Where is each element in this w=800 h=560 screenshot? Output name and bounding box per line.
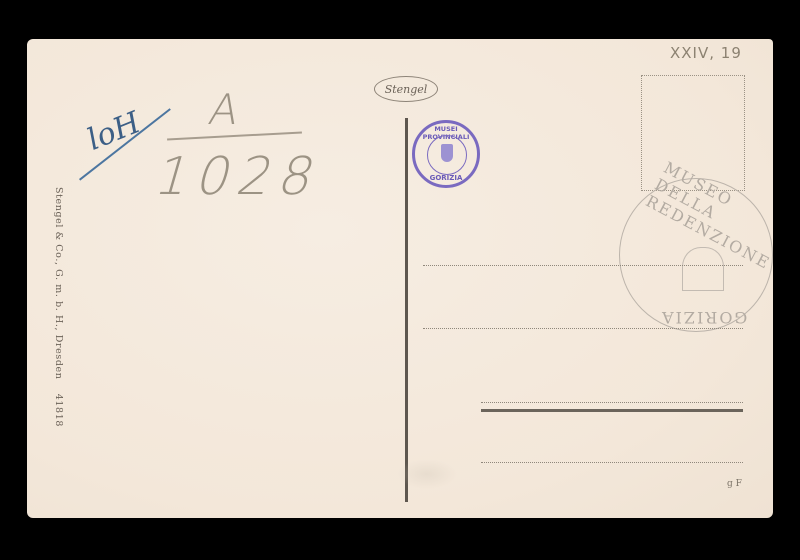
center-divider-line: [405, 118, 408, 502]
address-line-2: [423, 328, 743, 329]
publisher-logo: Stengel: [374, 76, 438, 102]
museum-stamp: MUSEI PROVINCIALI GORIZIA: [412, 120, 480, 188]
address-line-3: [481, 402, 743, 403]
address-line-1: [423, 265, 743, 266]
postmark-bottom-text: GORIZIA: [660, 308, 747, 327]
ink-handwritten-note: loH: [82, 105, 145, 158]
publisher-imprint: Stengel & Co., G. m. b. H., Dresden 4181…: [50, 187, 64, 427]
pencil-fraction-line: [167, 131, 302, 140]
publisher-name: Stengel & Co., G. m. b. H., Dresden: [50, 187, 64, 379]
coat-of-arms-icon: [441, 144, 453, 162]
pencil-fraction-top: A: [205, 85, 244, 134]
stamp-bottom-text: GORIZIA: [415, 174, 477, 182]
pencil-corner-note: XXIV, 19: [670, 44, 742, 62]
building-icon: [682, 247, 724, 291]
pencil-fraction-bottom: 1028: [148, 147, 330, 207]
stamp-inner-ring: [427, 135, 467, 175]
faint-smudge: [397, 459, 457, 489]
address-underline-solid: [481, 409, 743, 412]
postcard-back: Stengel & Co., G. m. b. H., Dresden 4181…: [27, 39, 773, 518]
publisher-number: 41818: [50, 394, 64, 427]
print-code: g F: [727, 479, 742, 489]
logo-text: Stengel: [385, 83, 428, 96]
museum-postmark: MUSEO DELLA REDENZIONE GORIZIA: [619, 178, 773, 332]
address-line-4: [481, 462, 743, 463]
